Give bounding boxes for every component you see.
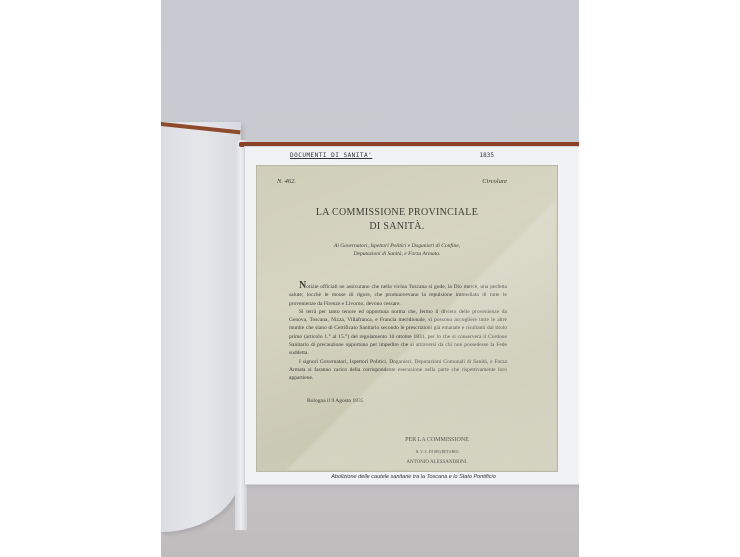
album-header: DOCUMENTI DI SANITA' 1835	[245, 147, 579, 163]
album-header-title: DOCUMENTI DI SANITA'	[290, 152, 372, 159]
document-body: Notizie officiali ne assicurano che nell…	[289, 282, 507, 383]
paragraph: Si terrà per tanto tenore ed opportuna n…	[289, 308, 507, 358]
album-header-year: 1835	[480, 152, 494, 159]
signature-name: ANTONIO ALESSANDRINI.	[377, 460, 497, 465]
paragraph: Notizie officiali ne assicurano che nell…	[289, 282, 507, 308]
document-number: N. 462.	[277, 178, 296, 185]
document-addressees: Ai Governatori, Ispettori Politici e Dog…	[257, 242, 537, 258]
signature-line: PER LA COMMISSIONE	[377, 437, 497, 443]
document-type: Circolare	[482, 178, 507, 185]
turned-album-page	[161, 122, 241, 532]
document-date: Bologna il 9 Agosto 1835	[307, 398, 364, 404]
historic-document: N. 462. Circolare LA COMMISSIONE PROVINC…	[256, 165, 558, 472]
paragraph: I signori Governatori, Ispettori Politic…	[289, 358, 507, 383]
document-photo: DOCUMENTI DI SANITA' 1835 N. 462. Circol…	[161, 0, 579, 557]
album-sleeve: DOCUMENTI DI SANITA' 1835 N. 462. Circol…	[244, 146, 579, 485]
signature-line: IL V. S. DI SEGRETARIO	[377, 449, 497, 454]
album-caption: Abolizione delle cautele sanitarie tra l…	[245, 471, 579, 484]
document-title: LA COMMISSIONE PROVINCIALE DI SANITÀ.	[257, 206, 537, 234]
